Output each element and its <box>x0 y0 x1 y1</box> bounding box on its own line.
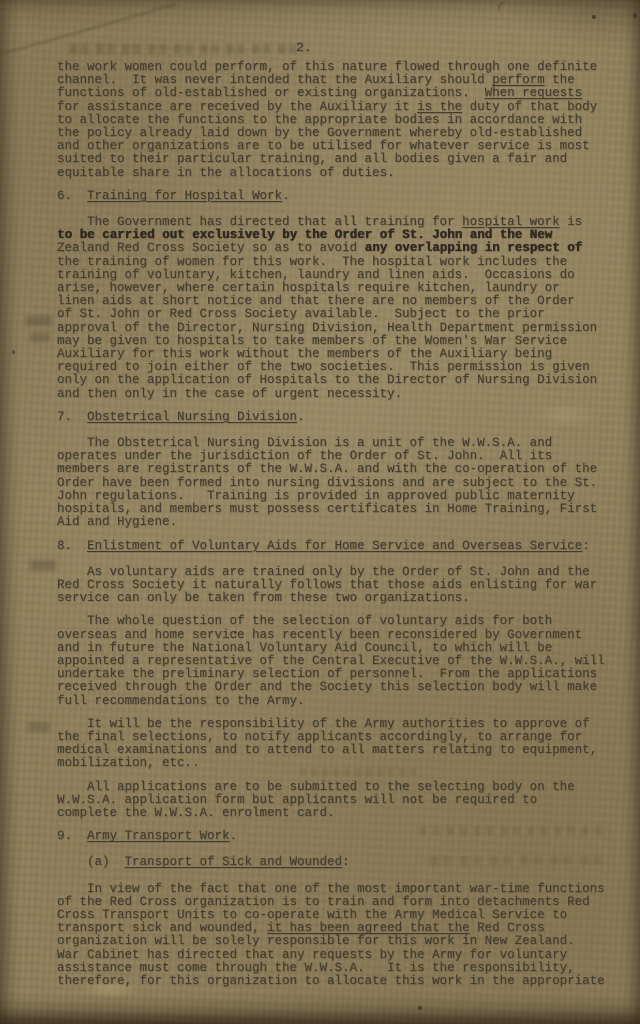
section-heading: 8. Enlistment of Voluntary Aids for Home… <box>57 540 626 553</box>
paragraph: The whole question of the selection of v… <box>57 615 626 707</box>
ghost-text-bleed <box>70 44 305 54</box>
text-line: received through the Order and the Socie… <box>57 681 626 694</box>
text-line: the training of women for this work. The… <box>57 256 626 269</box>
paper-speck <box>633 13 637 18</box>
text-line: 7. Obstetrical Nursing Division. <box>57 411 626 424</box>
text-line: members are registrants of the W.W.S.A. … <box>57 463 626 476</box>
text-line: only on the application of Hospitals to … <box>57 374 626 387</box>
paragraph: All applications are to be submitted to … <box>57 781 626 821</box>
text-line: In view of the fact that one of the most… <box>57 883 626 896</box>
text-line: therefore, for this organization to allo… <box>57 975 626 988</box>
text-line: full recommendations to the Army. <box>57 695 626 708</box>
text-line: for assistance are received by the Auxil… <box>57 101 626 114</box>
text-line: All applications are to be submitted to … <box>57 781 626 794</box>
text-line: Order have been formed into nursing divi… <box>57 477 626 490</box>
text-line: assistance must come through the W.W.S.A… <box>57 962 626 975</box>
text-line: functions of old-established or existing… <box>57 87 626 100</box>
paper-crease <box>490 0 640 56</box>
paper-speck <box>592 15 596 19</box>
paragraph: the work women could perform, of this na… <box>57 61 626 180</box>
paper-crease <box>496 0 518 19</box>
text-line: Zealand Red Cross Society so as to avoid… <box>57 242 626 255</box>
paper-crease <box>0 31 109 60</box>
section-heading: 9. Army Transport Work. <box>57 830 626 843</box>
text-line: Aid and Hygiene. <box>57 516 626 529</box>
paper-speck <box>418 1006 422 1010</box>
text-line: organization will be solely responsible … <box>57 935 626 948</box>
paper-speck <box>12 350 15 354</box>
text-line: suited to their particular training, and… <box>57 153 626 166</box>
paragraph: The Obstetrical Nursing Division is a un… <box>57 437 626 529</box>
text-line: and in future the National Voluntary Aid… <box>57 642 626 655</box>
paragraph: It will be the responsibility of the Arm… <box>57 718 626 771</box>
text-line: War Cabinet has directed that any reques… <box>57 949 626 962</box>
text-line: W.W.S.A. application form but applicants… <box>57 794 626 807</box>
ink-smudge <box>30 333 50 342</box>
paragraph: As voluntary aids are trained only by th… <box>57 566 626 606</box>
text-line: and then only in the case of urgent nece… <box>57 388 626 401</box>
text-line: overseas and home service has recently b… <box>57 629 626 642</box>
section-heading: 6. Training for Hospital Work. <box>57 190 626 203</box>
text-line: service can only be taken from these two… <box>57 592 626 605</box>
document-content: the work women could perform, of this na… <box>57 61 626 998</box>
scanned-document-page: 2. the work women could perform, of this… <box>0 0 640 1024</box>
text-line: of St. John or Red Cross Society availab… <box>57 308 626 321</box>
sub-heading: (a) Transport of Sick and Wounded: <box>57 856 626 869</box>
text-line: approval of the Director, Nursing Divisi… <box>57 322 626 335</box>
ink-smudge <box>26 316 52 326</box>
text-line: 9. Army Transport Work. <box>57 830 626 843</box>
text-line: 6. Training for Hospital Work. <box>57 190 626 203</box>
text-line: complete the W.W.S.A. enrolment card. <box>57 807 626 820</box>
text-line: mobilization, etc.. <box>57 757 626 770</box>
text-line: The whole question of the selection of v… <box>57 615 626 628</box>
paragraph: The Government has directed that all tra… <box>57 216 626 401</box>
paper-crease <box>0 3 176 59</box>
text-line: (a) Transport of Sick and Wounded: <box>57 856 626 869</box>
text-line: It will be the responsibility of the Arm… <box>57 718 626 731</box>
ink-smudge <box>30 560 56 571</box>
paragraph: In view of the fact that one of the most… <box>57 883 626 989</box>
text-line: 8. Enlistment of Voluntary Aids for Home… <box>57 540 626 553</box>
ink-smudge <box>28 722 50 732</box>
text-line: equitable share in the allocations of du… <box>57 167 626 180</box>
section-heading: 7. Obstetrical Nursing Division. <box>57 411 626 424</box>
text-line: As voluntary aids are trained only by th… <box>57 566 626 579</box>
text-line: of the Red Cross organization is to trai… <box>57 896 626 909</box>
page-number: 2. <box>296 40 312 55</box>
